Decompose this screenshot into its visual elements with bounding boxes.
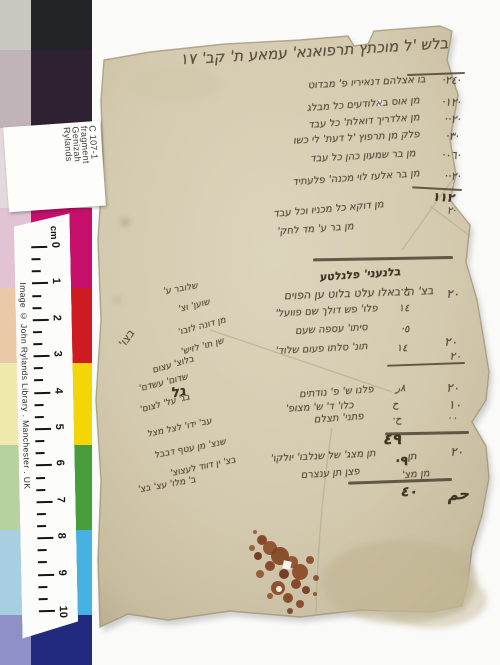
manuscript-line: ٨ر: [383, 383, 407, 394]
manuscript-line: ٤٠: [387, 484, 420, 500]
manuscript-line: ١٤: [389, 303, 411, 314]
ruler-tick-minor: [38, 586, 47, 588]
manuscript-line: בלנעני' פלגלטע: [305, 265, 402, 285]
ruler-tick-minor: [38, 561, 47, 563]
library-label-sticker: Rylands Genizah fragment C 107-1: [3, 121, 106, 213]
manuscript-line: حم: [436, 484, 471, 506]
manuscript-line: פלו' פש דולך שם פוועל': [200, 303, 379, 323]
ruler-tick-minor: [36, 489, 45, 491]
manuscript-line: ح·: [389, 285, 411, 296]
manuscript-line: ·١٢·: [406, 94, 463, 109]
manuscript-line: ح·: [383, 414, 403, 425]
manuscript-line: ٢٠: [429, 380, 462, 395]
ruler-tick-cm: [37, 537, 53, 539]
ruler-tick-minor: [31, 258, 40, 260]
ruler-tick-minor: [33, 307, 42, 309]
manuscript-rule-line: [387, 362, 465, 367]
ruler-tick-minor: [37, 513, 46, 515]
manuscript-line: שלובר ע': [141, 281, 198, 301]
ruler-tick-cm: [31, 246, 47, 248]
ruler-tick-minor: [39, 598, 48, 600]
manuscript-line: בלש 'ל מוכתץ תרפואנא' עמאע ת' קב' ١٧: [133, 34, 450, 71]
ruler-tick-cm: [34, 391, 50, 393]
ruler-tick-minor: [34, 380, 43, 382]
manuscript-line: פלנו ש' פ' נודתים: [250, 384, 375, 404]
manuscript-line: מן בר ע' מד לחק': [266, 221, 355, 238]
ruler-tick-minor: [33, 343, 42, 345]
manuscript-line: ح: [382, 399, 400, 410]
ruler-number: 5: [53, 424, 65, 430]
ruler-tick-cm: [34, 355, 50, 357]
manuscript-rule-line: [385, 431, 469, 435]
ruler-tick-cm: [32, 282, 48, 284]
ruler-tick-minor: [32, 270, 41, 272]
ruler-number: 2: [51, 314, 63, 320]
ruler-tick-minor: [32, 295, 41, 297]
cm-ruler: Image © John Rylands Library . Mancheste…: [14, 213, 79, 638]
manuscript-line: ٩·: [383, 454, 410, 469]
ruler-tick-cm: [37, 501, 53, 503]
ruler-number: 10: [57, 606, 69, 618]
ruler-tick-minor: [34, 367, 43, 369]
ruler-tick-minor: [36, 477, 45, 479]
ruler-tick-minor: [36, 452, 45, 454]
ruler-number: 6: [54, 460, 66, 466]
manuscript-line: מן אוס באלודעים כל מבלג: [288, 95, 421, 115]
ruler-tick-minor: [35, 404, 44, 406]
manuscript-line: ٠٠: [429, 412, 459, 424]
ruler-number: 4: [52, 387, 64, 393]
manuscript-line: ١١٢: [413, 188, 456, 205]
manuscript-line: ١٠: [431, 397, 464, 412]
manuscript-line: פצן תן ענצרם: [264, 466, 361, 484]
ruler-tick-minor: [38, 549, 47, 551]
manuscript-line: ٢٠: [429, 286, 462, 301]
ruler-tick-minor: [37, 525, 46, 527]
ruler-tick-cm: [36, 464, 52, 466]
ruler-tick-cm: [33, 319, 49, 321]
ruler-number: 1: [50, 278, 62, 284]
manuscript-line: ٥·: [389, 324, 411, 335]
sticker-text: Rylands Genizah fragment C 107-1: [62, 125, 101, 204]
manuscript-line: ١٤: [387, 343, 409, 354]
ruler-tick-cm: [38, 573, 54, 575]
copyright-text: Image © John Rylands Library . Mancheste…: [18, 282, 32, 489]
manuscript-line: ·٣·: [408, 128, 461, 143]
ruler-tick-cm: [35, 428, 51, 430]
manuscript-line: מן דוקא כל מכניו וכל עבד: [256, 199, 384, 221]
ruler-tick-cm: [39, 610, 55, 612]
manuscript-line: ٢٠: [427, 334, 460, 349]
manuscript-line: בצו': [110, 326, 137, 360]
manuscript-line: ·٢··: [406, 168, 463, 183]
ruler-number: 8: [55, 533, 67, 539]
ruler-number: 7: [54, 496, 66, 502]
manuscript-line: ·٢··: [406, 111, 463, 126]
manuscript-line: ·٢: [429, 205, 457, 217]
manuscript-line: ·٠٦·: [406, 147, 463, 162]
manuscript-line: ٢٠: [435, 444, 466, 459]
ruler-number: 3: [51, 351, 63, 357]
manuscript-line: סיתו' עספה שעם: [259, 322, 368, 339]
ruler-tick-minor: [35, 440, 44, 442]
manuscript-line: ٢٠: [431, 349, 464, 363]
digitized-manuscript-photo: בלש 'ל מוכתץ תרפואנא' עמאע ת' קב' ١٧בו א…: [0, 0, 500, 665]
manuscript-line: מן בר שמעון כהן כל עבד: [270, 148, 417, 167]
manuscript-line: מן בר אלעז לוי מכנה' פלעתיד: [272, 168, 421, 189]
ruler-number: 0: [49, 242, 61, 248]
ruler-unit-label: cm: [48, 226, 59, 240]
ruler-tick-minor: [35, 416, 44, 418]
ruler-tick-minor: [33, 331, 42, 333]
manuscript-rule-line: [313, 256, 453, 261]
ruler-number: 9: [56, 569, 68, 575]
